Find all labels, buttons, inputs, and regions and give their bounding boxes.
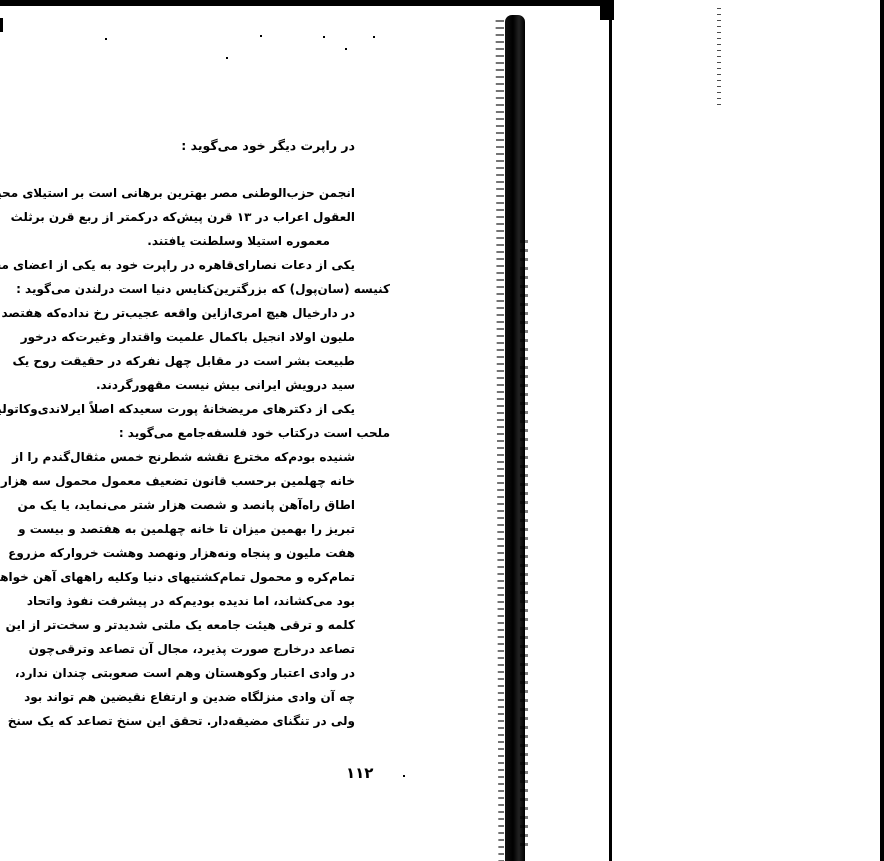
text-line: بود می‌کشاند، اما ندیده بودیم‌که در پیشر…: [0, 589, 355, 613]
text-line: ملیون اولاد انجیل باکمال علمیت واقتدار و…: [0, 325, 355, 349]
text-line: معموره استیلا وسلطنت یافتند.: [0, 229, 330, 253]
text-line: انجمن حزب‌الوطنی مصر بهترین برهانی است ب…: [0, 181, 355, 205]
paragraph-2: یکی از دعات نصارای‌قاهره در راپرت خود به…: [0, 253, 410, 301]
top-binding-bar: [0, 0, 612, 6]
text-line: خانه چهلمین برحسب قانون تضعیف معمول محمو…: [0, 469, 355, 493]
paragraph-1: انجمن حزب‌الوطنی مصر بهترین برهانی است ب…: [0, 181, 410, 253]
scan-speck: [260, 35, 262, 37]
text-line: در دار‌خیال هیچ امری‌ازاین واقعه عجیب‌تر…: [0, 301, 355, 325]
scan-speck: [403, 775, 405, 777]
text-line: کلمه و ترقی هیئت جامعه یک ملتی شدیدتر و …: [0, 613, 355, 637]
text-line: یکی از دکترهای مریضخانهٔ پورت سعیدکه اصل…: [0, 397, 355, 421]
spine-fade: [520, 240, 528, 850]
scan-speck: [345, 48, 347, 50]
quote-1: در دار‌خیال هیچ امری‌ازاین واقعه عجیب‌تر…: [0, 301, 410, 397]
scan-speck: [105, 38, 107, 40]
text-line: تصاعد درخارج صورت پذیرد، مجال آن تصاعد و…: [0, 637, 355, 661]
text-line: کنیسه (سان‌پول) که بزرگترین‌کنایس دنیا ا…: [0, 277, 390, 301]
page-edge-line: [609, 0, 612, 861]
text-line: طبیعت بشر است در مقابل چهل نفرکه در حقیق…: [0, 349, 355, 373]
section-heading: در راپرت دیگر خود می‌گوید :: [0, 138, 355, 153]
far-right-edge: [880, 0, 884, 861]
scan-speck: [323, 36, 325, 38]
scan-speck: [226, 57, 228, 59]
text-line: ملحب است درکتاب خود فلسفه‌جامع می‌گوید :: [0, 421, 390, 445]
page-number: ۱۱۲: [346, 764, 373, 782]
quote-2: شنیده بودم‌که مخترع نقشه شطرنج خمس مثقال…: [0, 445, 410, 733]
paragraph-3: یکی از دکترهای مریضخانهٔ پورت سعیدکه اصل…: [0, 397, 410, 445]
text-line: در وادی اعتبار وکوهستان وهم است صعوبتی چ…: [0, 661, 355, 685]
text-line: چه آن وادی منزلگاه ضدین و ارتفاع نقیضین …: [0, 685, 355, 709]
far-page-dots: [717, 8, 721, 108]
text-line: ولی در تنگنای مضیقه‌دار. تحقق این سنخ تص…: [0, 709, 355, 733]
text-line: تمام‌کره و محمول تمام‌کشتیهای دنیا وکلیه…: [0, 565, 355, 589]
text-line: هفت ملیون و پنجاه ونه‌هزار ونهصد وهشت خر…: [0, 541, 355, 565]
left-edge-mark: [0, 18, 3, 32]
text-line: العقول اعراب در ۱۳ قرن پیش‌که درکمتر از …: [0, 205, 355, 229]
text-line: اطاق راه‌آهن پانصد و شصت هزار شتر می‌نما…: [0, 493, 355, 517]
scan-speck: [373, 36, 375, 38]
text-line: یکی از دعات نصارای‌قاهره در راپرت خود به…: [0, 253, 355, 277]
text-line: شنیده بودم‌که مخترع نقشه شطرنج خمس مثقال…: [0, 445, 355, 469]
text-block: در راپرت دیگر خود می‌گوید : انجمن حزب‌ال…: [0, 130, 410, 733]
text-line: تبریز را بهمین میزان تا خانه چهلمین به ه…: [0, 517, 355, 541]
spine-scan-noise: [490, 20, 504, 861]
text-line: سید درویش ایرانی بیش نیست مقهور‌گردند.: [0, 373, 355, 397]
